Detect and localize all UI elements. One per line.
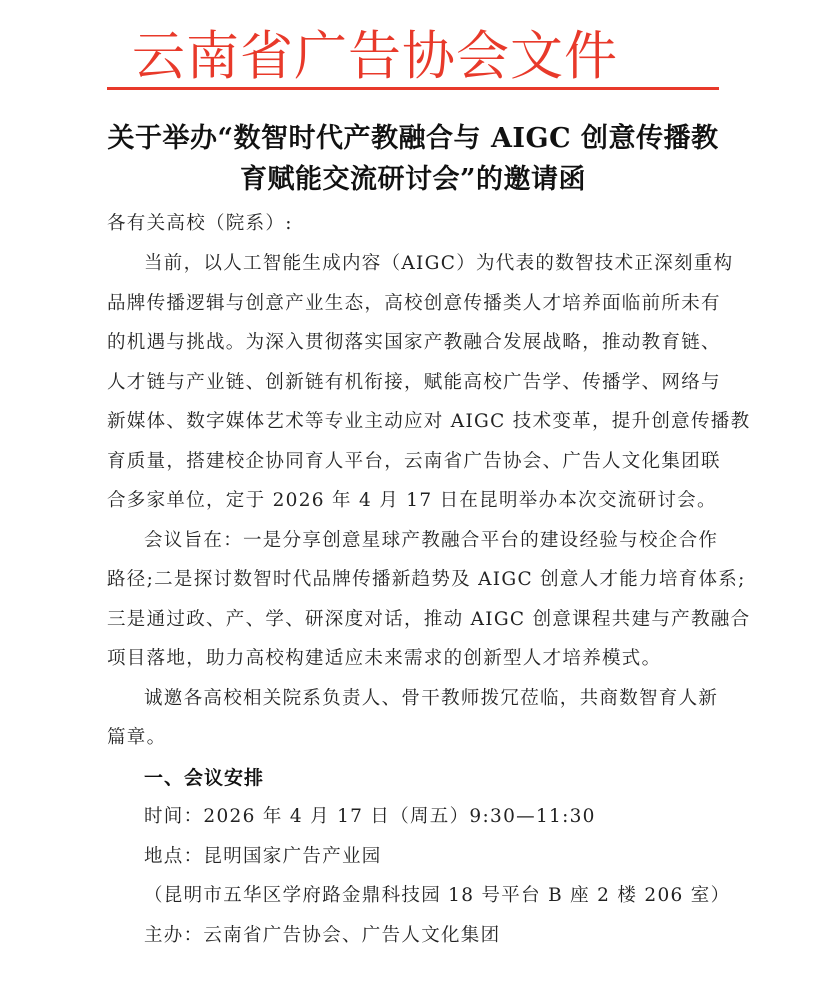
paragraph-line: 篇章。	[107, 724, 727, 752]
org-red-header: 云南省广告协会文件	[132, 22, 732, 92]
paragraph-line: 合多家单位，定于 2026 年 4 月 17 日在昆明举办本次交流研讨会。	[107, 487, 727, 515]
paragraph-line: 路径;二是探讨数智时代品牌传播新趋势及 AIGC 创意人才能力培育体系;	[107, 566, 727, 594]
meeting-address: （昆明市五华区学府路金鼎科技园 18 号平台 B 座 2 楼 206 室）	[144, 882, 764, 910]
paragraph-line: 的机遇与挑战。为深入贯彻落实国家产教融合发展战略，推动教育链、	[107, 329, 727, 357]
doc-title-line-2: 育赋能交流研讨会”的邀请函	[90, 160, 736, 200]
meeting-venue: 地点：昆明国家广告产业园	[144, 843, 764, 871]
salutation: 各有关高校（院系）:	[107, 210, 727, 238]
paragraph-line: 项目落地，助力高校构建适应未来需求的创新型人才培养模式。	[107, 645, 727, 673]
paragraph-line: 育质量，搭建校企协同育人平台，云南省广告协会、广告人文化集团联	[107, 448, 727, 476]
section-heading: 一、会议安排	[144, 764, 764, 792]
meeting-organizer: 主办：云南省广告协会、广告人文化集团	[144, 922, 764, 950]
paragraph-line: 当前，以人工智能生成内容（AIGC）为代表的数智技术正深刻重构	[144, 250, 764, 278]
meeting-time: 时间：2026 年 4 月 17 日（周五）9:30—11:30	[144, 803, 764, 831]
doc-title-line-1: 关于举办“数智时代产教融合与 AIGC 创意传播教	[90, 119, 736, 159]
paragraph-line: 会议旨在：一是分享创意星球产教融合平台的建设经验与校企合作	[144, 527, 764, 555]
paragraph-line: 诚邀各高校相关院系负责人、骨干教师拨冗莅临，共商数智育人新	[144, 685, 764, 713]
red-divider-line	[107, 87, 719, 90]
paragraph-line: 人才链与产业链、创新链有机衔接，赋能高校广告学、传播学、网络与	[107, 369, 727, 397]
document-page: 云南省广告协会文件 关于举办“数智时代产教融合与 AIGC 创意传播教 育赋能交…	[0, 0, 826, 983]
paragraph-line: 新媒体、数字媒体艺术等专业主动应对 AIGC 技术变革，提升创意传播教	[107, 408, 727, 436]
paragraph-line: 三是通过政、产、学、研深度对话，推动 AIGC 创意课程共建与产教融合	[107, 606, 727, 634]
paragraph-line: 品牌传播逻辑与创意产业生态，高校创意传播类人才培养面临前所未有	[107, 290, 727, 318]
